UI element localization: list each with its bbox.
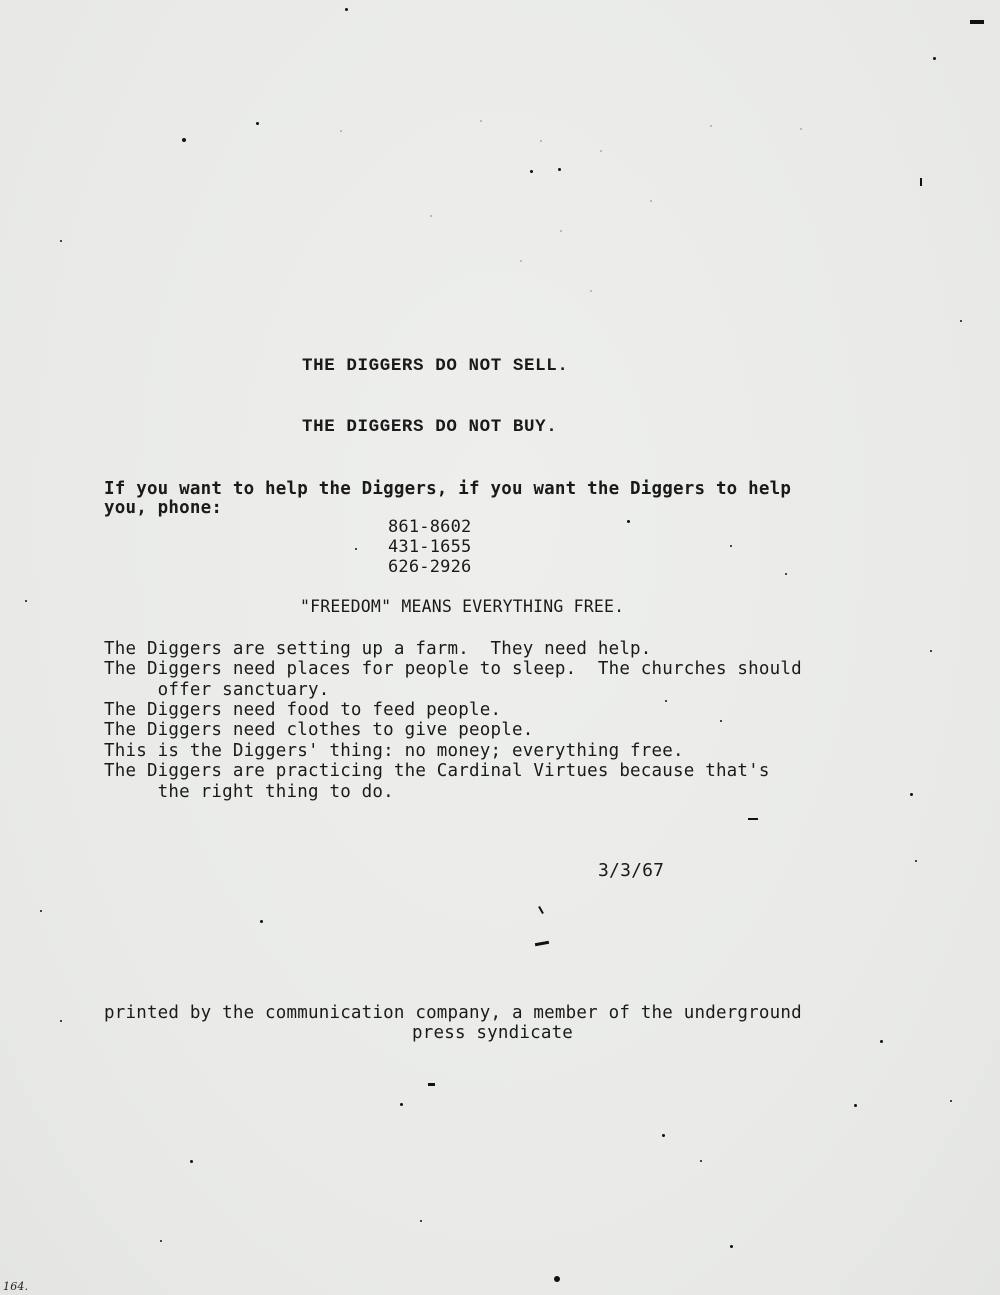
heading-do-not-buy: THE DIGGERS DO NOT BUY. xyxy=(302,417,557,437)
phone-number-2: 431-1655 xyxy=(388,537,471,557)
help-text-line-1: If you want to help the Diggers, if you … xyxy=(104,479,791,499)
phone-number-3: 626-2926 xyxy=(388,557,471,577)
phone-number-1: 861-8602 xyxy=(388,517,471,537)
statement-line-6: This is the Diggers' thing: no money; ev… xyxy=(104,741,684,761)
statement-line-3: offer sanctuary. xyxy=(104,680,329,700)
statement-line-8: the right thing to do. xyxy=(104,782,394,802)
statement-line-2: The Diggers need places for people to sl… xyxy=(104,659,802,679)
statement-line-4: The Diggers need food to feed people. xyxy=(104,700,501,720)
slogan-freedom: "FREEDOM" MEANS EVERYTHING FREE. xyxy=(300,597,624,617)
footer-line-1: printed by the communication company, a … xyxy=(104,1003,802,1023)
statement-line-5: The Diggers need clothes to give people. xyxy=(104,720,533,740)
help-text-line-2: you, phone: xyxy=(104,498,222,518)
statement-line-7: The Diggers are practicing the Cardinal … xyxy=(104,761,770,781)
statement-line-1: The Diggers are setting up a farm. They … xyxy=(104,639,652,659)
heading-do-not-sell: THE DIGGERS DO NOT SELL. xyxy=(302,356,568,376)
document-date: 3/3/67 xyxy=(598,861,664,881)
footer-line-2: press syndicate xyxy=(412,1023,573,1043)
document-page: THE DIGGERS DO NOT SELL. THE DIGGERS DO … xyxy=(0,0,1000,1295)
handwritten-page-note: 164. xyxy=(3,1277,28,1295)
